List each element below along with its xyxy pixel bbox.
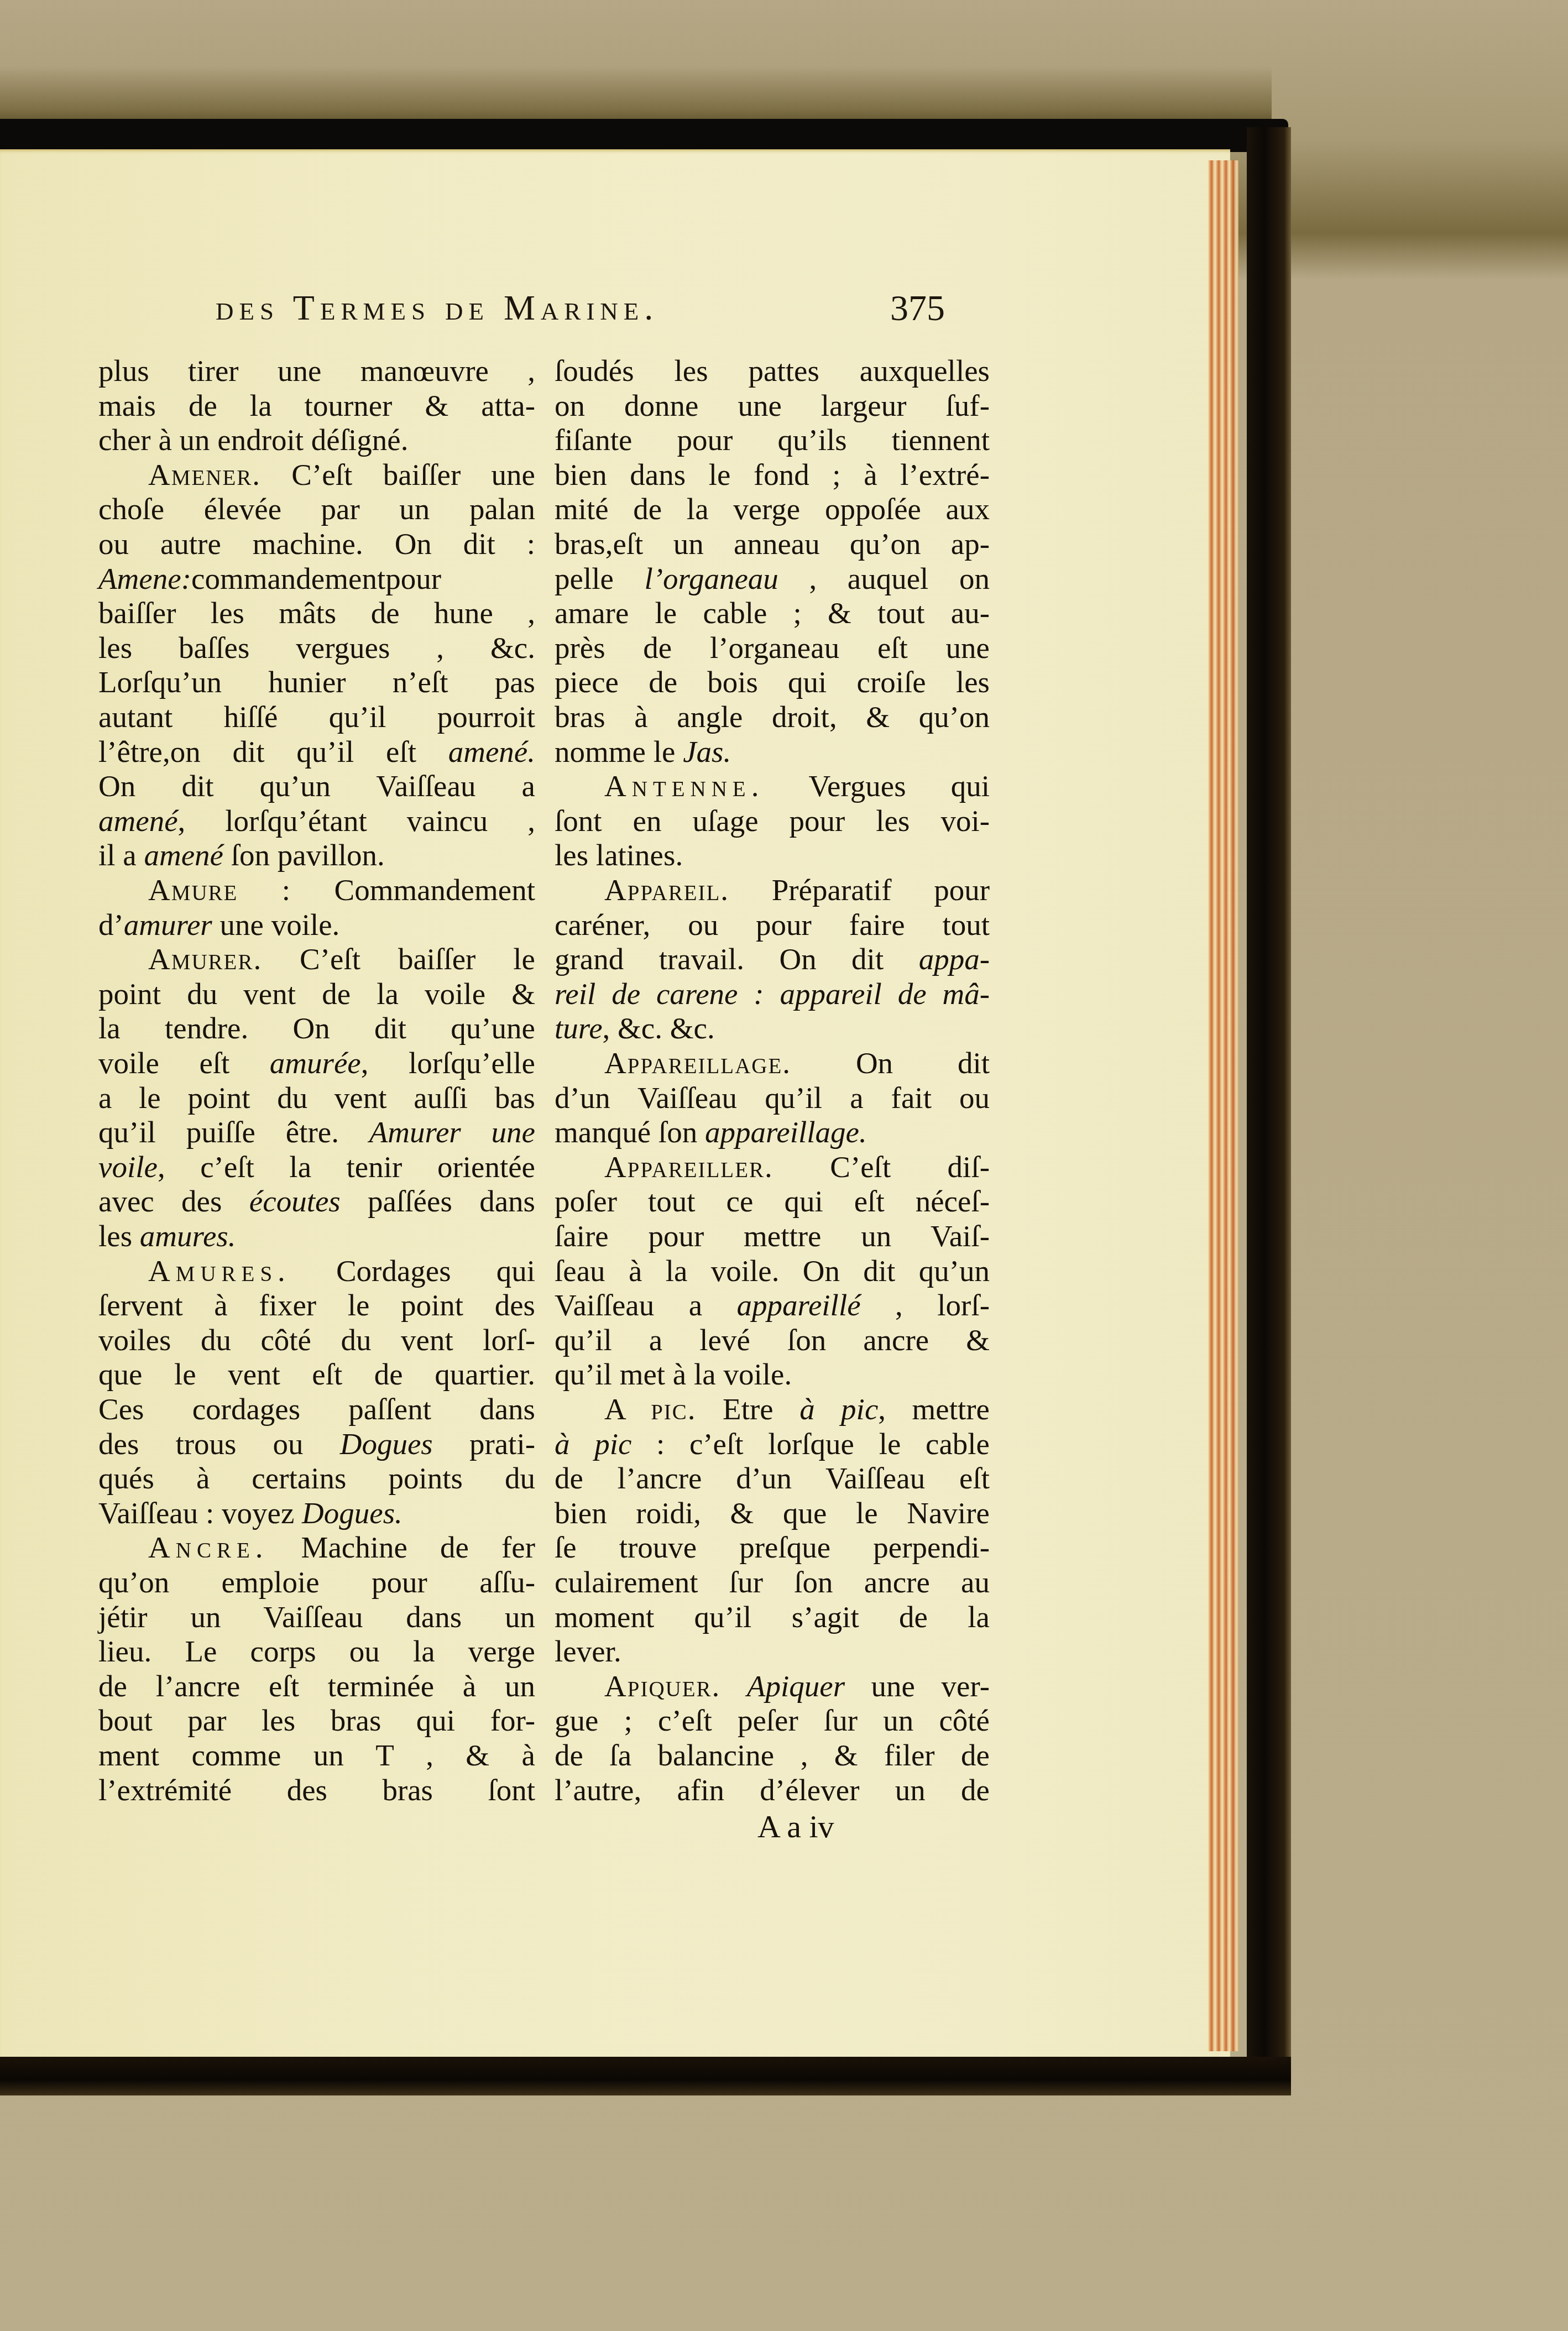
text-line: bien roidi, & que le Navire	[555, 1496, 990, 1530]
text-run: ſaire pour mettre un Vaiſ-	[555, 1219, 990, 1253]
text-run: Préparatif pour	[729, 873, 990, 907]
text-run: manqué ſon	[555, 1115, 705, 1149]
text-run: la tendre. On dit qu’une	[98, 1011, 535, 1045]
italic-term: à pic	[555, 1427, 631, 1461]
text-run: gue ; c’eſt peſer ſur un côté	[555, 1703, 990, 1737]
text-run: lieu. Le corps ou la verge	[98, 1634, 535, 1668]
text-line: les baſſes vergues , &c.	[98, 631, 535, 665]
text-line: mais de la tourner & atta-	[98, 389, 535, 423]
text-line: Ces cordages paſſent dans	[98, 1392, 535, 1426]
text-line: A pic. Etre à pic, mettre	[555, 1392, 990, 1426]
italic-term: à pic	[799, 1392, 878, 1426]
italic-term: voile	[98, 1150, 158, 1184]
text-line: Amener. C’eſt baiſſer une	[98, 458, 535, 492]
text-line: jétir un Vaiſſeau dans un	[98, 1600, 535, 1634]
text-run: prati-	[433, 1427, 535, 1461]
text-run: amare le cable ; & tout au-	[555, 596, 990, 630]
text-run: poſer tout ce qui eſt néceſ-	[555, 1184, 990, 1218]
text-run: jétir un Vaiſſeau dans un	[98, 1600, 535, 1634]
text-run: C’eſt diſ-	[773, 1150, 990, 1184]
text-run: qu’il a levé ſon ancre &	[555, 1323, 990, 1357]
text-line: fiſante pour qu’ils tiennent	[555, 423, 990, 457]
text-line: amené, lorſqu’étant vaincu ,	[98, 804, 535, 838]
italic-term: amurée	[270, 1046, 361, 1080]
text-run	[720, 1669, 747, 1703]
text-line: Lorſqu’un hunier n’eſt pas	[98, 665, 535, 699]
text-run: bien dans le fond ; à l’extré-	[555, 458, 990, 492]
text-line: Amure : Commandement	[98, 873, 535, 907]
text-line: lieu. Le corps ou la verge	[98, 1634, 535, 1669]
text-run: A	[604, 1392, 651, 1426]
text-line: de l’ancre eſt terminée à un	[98, 1669, 535, 1703]
text-line: Antenne. Vergues qui	[555, 769, 990, 803]
text-line: l’extrémité des bras ſont	[98, 1773, 535, 1807]
signature-mark: A a iv	[757, 1808, 834, 1842]
text-run: plus tirer une manœuvre ,	[98, 354, 535, 388]
text-line: d’amurer une voile.	[98, 908, 535, 942]
text-run: bout par les bras qui for-	[98, 1703, 535, 1737]
text-run: paſſées dans	[341, 1184, 535, 1218]
text-line: culairement ſur ſon ancre au	[555, 1565, 990, 1600]
text-run: avec des	[98, 1184, 249, 1218]
headword: Amurer.	[148, 942, 262, 976]
text-line: près de l’organeau eſt une	[555, 631, 990, 665]
text-line: bras à angle droit, & qu’on	[555, 700, 990, 734]
text-line: ſaire pour mettre un Vaiſ-	[555, 1219, 990, 1253]
text-run: ou autre machine. On dit :	[98, 527, 535, 561]
text-line: qu’il puiſſe être. Amurer une	[98, 1115, 535, 1149]
text-line: Appareillage. On dit	[555, 1046, 990, 1080]
text-line: les amures.	[98, 1219, 535, 1253]
text-run: nomme le	[555, 735, 683, 769]
text-run: culairement ſur ſon ancre au	[555, 1565, 990, 1599]
text-line: la tendre. On dit qu’une	[98, 1011, 535, 1046]
headword: Amure	[148, 873, 238, 907]
page-fore-edge	[1208, 160, 1238, 2051]
text-line: Amures. Cordages qui	[98, 1254, 535, 1288]
text-line: amare le cable ; & tout au-	[555, 596, 990, 630]
text-run: ſont en uſage pour les voi-	[555, 804, 990, 838]
text-run: on donne une largeur ſuf-	[555, 389, 990, 422]
text-run: des trous ou	[98, 1427, 340, 1461]
headword: Appareiller.	[604, 1150, 773, 1184]
italic-term: reil de carene : appareil de mâ-	[555, 977, 990, 1011]
text-run: ſoudés les pattes auxquelles	[555, 354, 990, 388]
text-run: d’	[98, 908, 124, 942]
book-cover-right-edge	[1247, 127, 1291, 2095]
text-line: Ancre. Machine de fer	[98, 1530, 535, 1565]
italic-term: écoutes	[249, 1184, 341, 1218]
headword: pic.	[651, 1392, 696, 1426]
headword: Ancre.	[148, 1530, 268, 1564]
text-line: bout par les bras qui for-	[98, 1703, 535, 1738]
text-line: nomme le Jas.	[555, 735, 990, 769]
text-line: il a amené ſon pavillon.	[98, 838, 535, 872]
italic-term: Jas.	[683, 735, 731, 769]
text-line: piece de bois qui croiſe les	[555, 665, 990, 699]
text-run: l’autre, afin d’élever un de	[555, 1773, 990, 1807]
text-line: autant hiſſé qu’il pourroit	[98, 700, 535, 734]
text-run: C’eſt baiſſer une	[261, 458, 535, 492]
text-run: a le point du vent auſſi bas	[98, 1081, 535, 1115]
text-line: des trous ou Dogues prati-	[98, 1427, 535, 1461]
text-line: pelle l’organeau , auquel on	[555, 562, 990, 596]
text-line: cher à un endroit déſigné.	[98, 423, 535, 457]
text-line: baiſſer les mâts de hune ,	[98, 596, 535, 630]
text-run: On dit qu’un Vaiſſeau a	[98, 769, 535, 803]
text-run: l’extrémité des bras ſont	[98, 1773, 535, 1807]
headword: Appareillage.	[604, 1046, 791, 1080]
text-line: Appareil. Préparatif pour	[555, 873, 990, 907]
text-run: grand travail. On dit	[555, 942, 919, 976]
text-run: les baſſes vergues , &c.	[98, 631, 535, 665]
text-run: les	[98, 1219, 140, 1253]
text-run: une voile.	[212, 908, 340, 942]
text-run: mais de la tourner & atta-	[98, 389, 535, 422]
italic-term: appareillage.	[705, 1115, 867, 1149]
text-run: On dit	[791, 1046, 990, 1080]
text-run: lever.	[555, 1634, 621, 1668]
text-line: choſe élevée par un palan	[98, 492, 535, 526]
text-run: caréner, ou pour faire tout	[555, 908, 990, 942]
text-run: baiſſer les mâts de hune ,	[98, 596, 535, 630]
text-line: ſoudés les pattes auxquelles	[555, 354, 990, 388]
text-run: bras,eſt un anneau qu’on ap-	[555, 527, 990, 561]
text-line: Vaiſſeau a appareillé , lorſ-	[555, 1288, 990, 1323]
italic-term: l’organeau	[644, 562, 778, 595]
text-run: : c’eſt lorſque le cable	[631, 1427, 990, 1461]
text-run: les latines.	[555, 838, 683, 872]
text-run: , lorſqu’étant vaincu ,	[178, 804, 535, 838]
text-line: voile, c’eſt la tenir orientée	[98, 1150, 535, 1184]
text-line: Amene:commandementpour	[98, 562, 535, 596]
text-run: piece de bois qui croiſe les	[555, 665, 990, 699]
text-run: qu’on emploie pour aſſu-	[98, 1565, 535, 1599]
text-line: reil de carene : appareil de mâ-	[555, 977, 990, 1011]
text-run: , &c. &c.	[603, 1011, 715, 1045]
text-line: d’un Vaiſſeau qu’il a fait ou	[555, 1081, 990, 1115]
text-run: commandementpour	[191, 562, 441, 595]
text-line: ture, &c. &c.	[555, 1011, 990, 1046]
text-line: ſervent à fixer le point des	[98, 1288, 535, 1323]
text-line: point du vent de la voile &	[98, 977, 535, 1011]
text-run: qués à certains points du	[98, 1461, 535, 1495]
text-line: qu’il a levé ſon ancre &	[555, 1323, 990, 1357]
headword: Antenne.	[604, 769, 764, 803]
text-line: caréner, ou pour faire tout	[555, 908, 990, 942]
text-line: on donne une largeur ſuf-	[555, 389, 990, 423]
text-line: les latines.	[555, 838, 990, 872]
book-cover-top-edge	[0, 119, 1288, 152]
text-line: lever.	[555, 1634, 990, 1669]
text-run: voile eſt	[98, 1046, 270, 1080]
text-line: gue ; c’eſt peſer ſur un côté	[555, 1703, 990, 1738]
text-run: Vaiſſeau : voyez	[98, 1496, 302, 1530]
text-line: Apiquer. Apiquer une ver-	[555, 1669, 990, 1703]
text-run: que le vent eſt de quartier.	[98, 1357, 535, 1391]
text-run: une ver-	[845, 1669, 990, 1703]
text-run: bras à angle droit, & qu’on	[555, 700, 990, 734]
text-run: près de l’organeau eſt une	[555, 631, 990, 665]
page-number: 375	[890, 288, 945, 332]
text-run: il a	[98, 838, 144, 872]
text-line: mité de la verge oppoſée aux	[555, 492, 990, 526]
text-line: Vaiſſeau : voyez Dogues.	[98, 1496, 535, 1530]
text-run: fiſante pour qu’ils tiennent	[555, 423, 990, 457]
text-run: Etre	[697, 1392, 800, 1426]
italic-term: Amurer une	[369, 1115, 535, 1149]
text-line: manqué ſon appareillage.	[555, 1115, 990, 1149]
italic-term: amurer	[124, 908, 212, 942]
text-run: , c’eſt la tenir orientée	[158, 1150, 535, 1184]
text-line: qués à certains points du	[98, 1461, 535, 1496]
text-line: bras,eſt un anneau qu’on ap-	[555, 527, 990, 561]
text-run: Vaiſſeau a	[555, 1288, 737, 1322]
italic-term: Dogues.	[302, 1496, 403, 1530]
text-run: l’être,on dit qu’il eſt	[98, 735, 448, 769]
text-line: à pic : c’eſt lorſque le cable	[555, 1427, 990, 1461]
text-run: ſeau à la voile. On dit qu’un	[555, 1254, 990, 1288]
text-run: mité de la verge oppoſée aux	[555, 492, 990, 526]
text-line: moment qu’il s’agit de la	[555, 1600, 990, 1634]
text-run: Vergues qui	[764, 769, 990, 803]
text-line: l’être,on dit qu’il eſt amené.	[98, 735, 535, 769]
text-run: qu’il puiſſe être.	[98, 1115, 369, 1149]
book-cover-bottom-edge	[0, 2057, 1291, 2095]
italic-term: appareillé	[737, 1288, 861, 1322]
text-run: voiles du côté du vent lorſ-	[98, 1323, 535, 1357]
text-line: Amurer. C’eſt baiſſer le	[98, 942, 535, 976]
italic-term: Apiquer	[747, 1669, 845, 1703]
italic-term: Dogues	[340, 1427, 433, 1461]
text-run: C’eſt baiſſer le	[262, 942, 535, 976]
text-line: l’autre, afin d’élever un de	[555, 1773, 990, 1807]
text-line: On dit qu’un Vaiſſeau a	[98, 769, 535, 803]
text-line: voiles du côté du vent lorſ-	[98, 1323, 535, 1357]
text-line: ou autre machine. On dit :	[98, 527, 535, 561]
text-line: qu’on emploie pour aſſu-	[98, 1565, 535, 1600]
text-run: de l’ancre d’un Vaiſſeau eſt	[555, 1461, 990, 1495]
text-line: ſeau à la voile. On dit qu’un	[555, 1254, 990, 1288]
text-line: de ſa balancine , & filer de	[555, 1738, 990, 1773]
text-line: ſont en uſage pour les voi-	[555, 804, 990, 838]
text-run: : Commandement	[238, 873, 535, 907]
text-line: a le point du vent auſſi bas	[98, 1081, 535, 1115]
text-run: ſon pavillon.	[223, 838, 385, 872]
text-line: qu’il met à la voile.	[555, 1357, 990, 1392]
headword: Apiquer.	[604, 1669, 720, 1703]
text-line: grand travail. On dit appa-	[555, 942, 990, 976]
headword: Amener.	[148, 458, 261, 492]
headword: Appareil.	[604, 873, 729, 907]
italic-term: amené.	[448, 735, 535, 769]
text-run: de l’ancre eſt terminée à un	[98, 1669, 535, 1703]
italic-term: amures.	[140, 1219, 236, 1253]
italic-term: amené	[144, 838, 223, 872]
text-run: bien roidi, & que le Navire	[555, 1496, 990, 1530]
text-run: de ſa balancine , & filer de	[555, 1738, 990, 1772]
text-run: Cordages qui	[291, 1254, 535, 1288]
text-run: Lorſqu’un hunier n’eſt pas	[98, 665, 535, 699]
text-run: , lorſqu’elle	[361, 1046, 535, 1080]
text-run: , auquel on	[778, 562, 990, 595]
text-run: cher à un endroit déſigné.	[98, 423, 408, 457]
background-shadow	[0, 66, 1272, 127]
text-line: que le vent eſt de quartier.	[98, 1357, 535, 1392]
text-line: voile eſt amurée, lorſqu’elle	[98, 1046, 535, 1080]
text-line: plus tirer une manœuvre ,	[98, 354, 535, 388]
text-run: , lorſ-	[861, 1288, 990, 1322]
text-run: ment comme un T , & à	[98, 1738, 535, 1772]
text-run: qu’il met à la voile.	[555, 1357, 792, 1391]
text-line: bien dans le fond ; à l’extré-	[555, 458, 990, 492]
text-run: Ces cordages paſſent dans	[98, 1392, 535, 1426]
italic-term: amené	[98, 804, 178, 838]
text-run: d’un Vaiſſeau qu’il a fait ou	[555, 1081, 990, 1115]
text-run: choſe élevée par un palan	[98, 492, 535, 526]
running-head: des Termes de Marine.	[216, 288, 658, 332]
text-run: autant hiſſé qu’il pourroit	[98, 700, 535, 734]
text-line: Appareiller. C’eſt diſ-	[555, 1150, 990, 1184]
text-line: de l’ancre d’un Vaiſſeau eſt	[555, 1461, 990, 1496]
text-run: moment qu’il s’agit de la	[555, 1600, 990, 1634]
text-line: ſe trouve preſque perpendi-	[555, 1530, 990, 1565]
text-line: ment comme un T , & à	[98, 1738, 535, 1773]
text-run: , mettre	[878, 1392, 990, 1426]
text-run: point du vent de la voile &	[98, 977, 535, 1011]
text-run: ſe trouve preſque perpendi-	[555, 1530, 990, 1564]
text-run: Machine de fer	[268, 1530, 535, 1564]
italic-term: ture	[555, 1011, 603, 1045]
italic-term: Amene:	[98, 562, 191, 595]
text-run: pelle	[555, 562, 644, 595]
headword: Amures.	[148, 1254, 291, 1288]
italic-term: appa-	[919, 942, 990, 976]
text-line: poſer tout ce qui eſt néceſ-	[555, 1184, 990, 1219]
text-run: ſervent à fixer le point des	[98, 1288, 535, 1322]
text-line: avec des écoutes paſſées dans	[98, 1184, 535, 1219]
